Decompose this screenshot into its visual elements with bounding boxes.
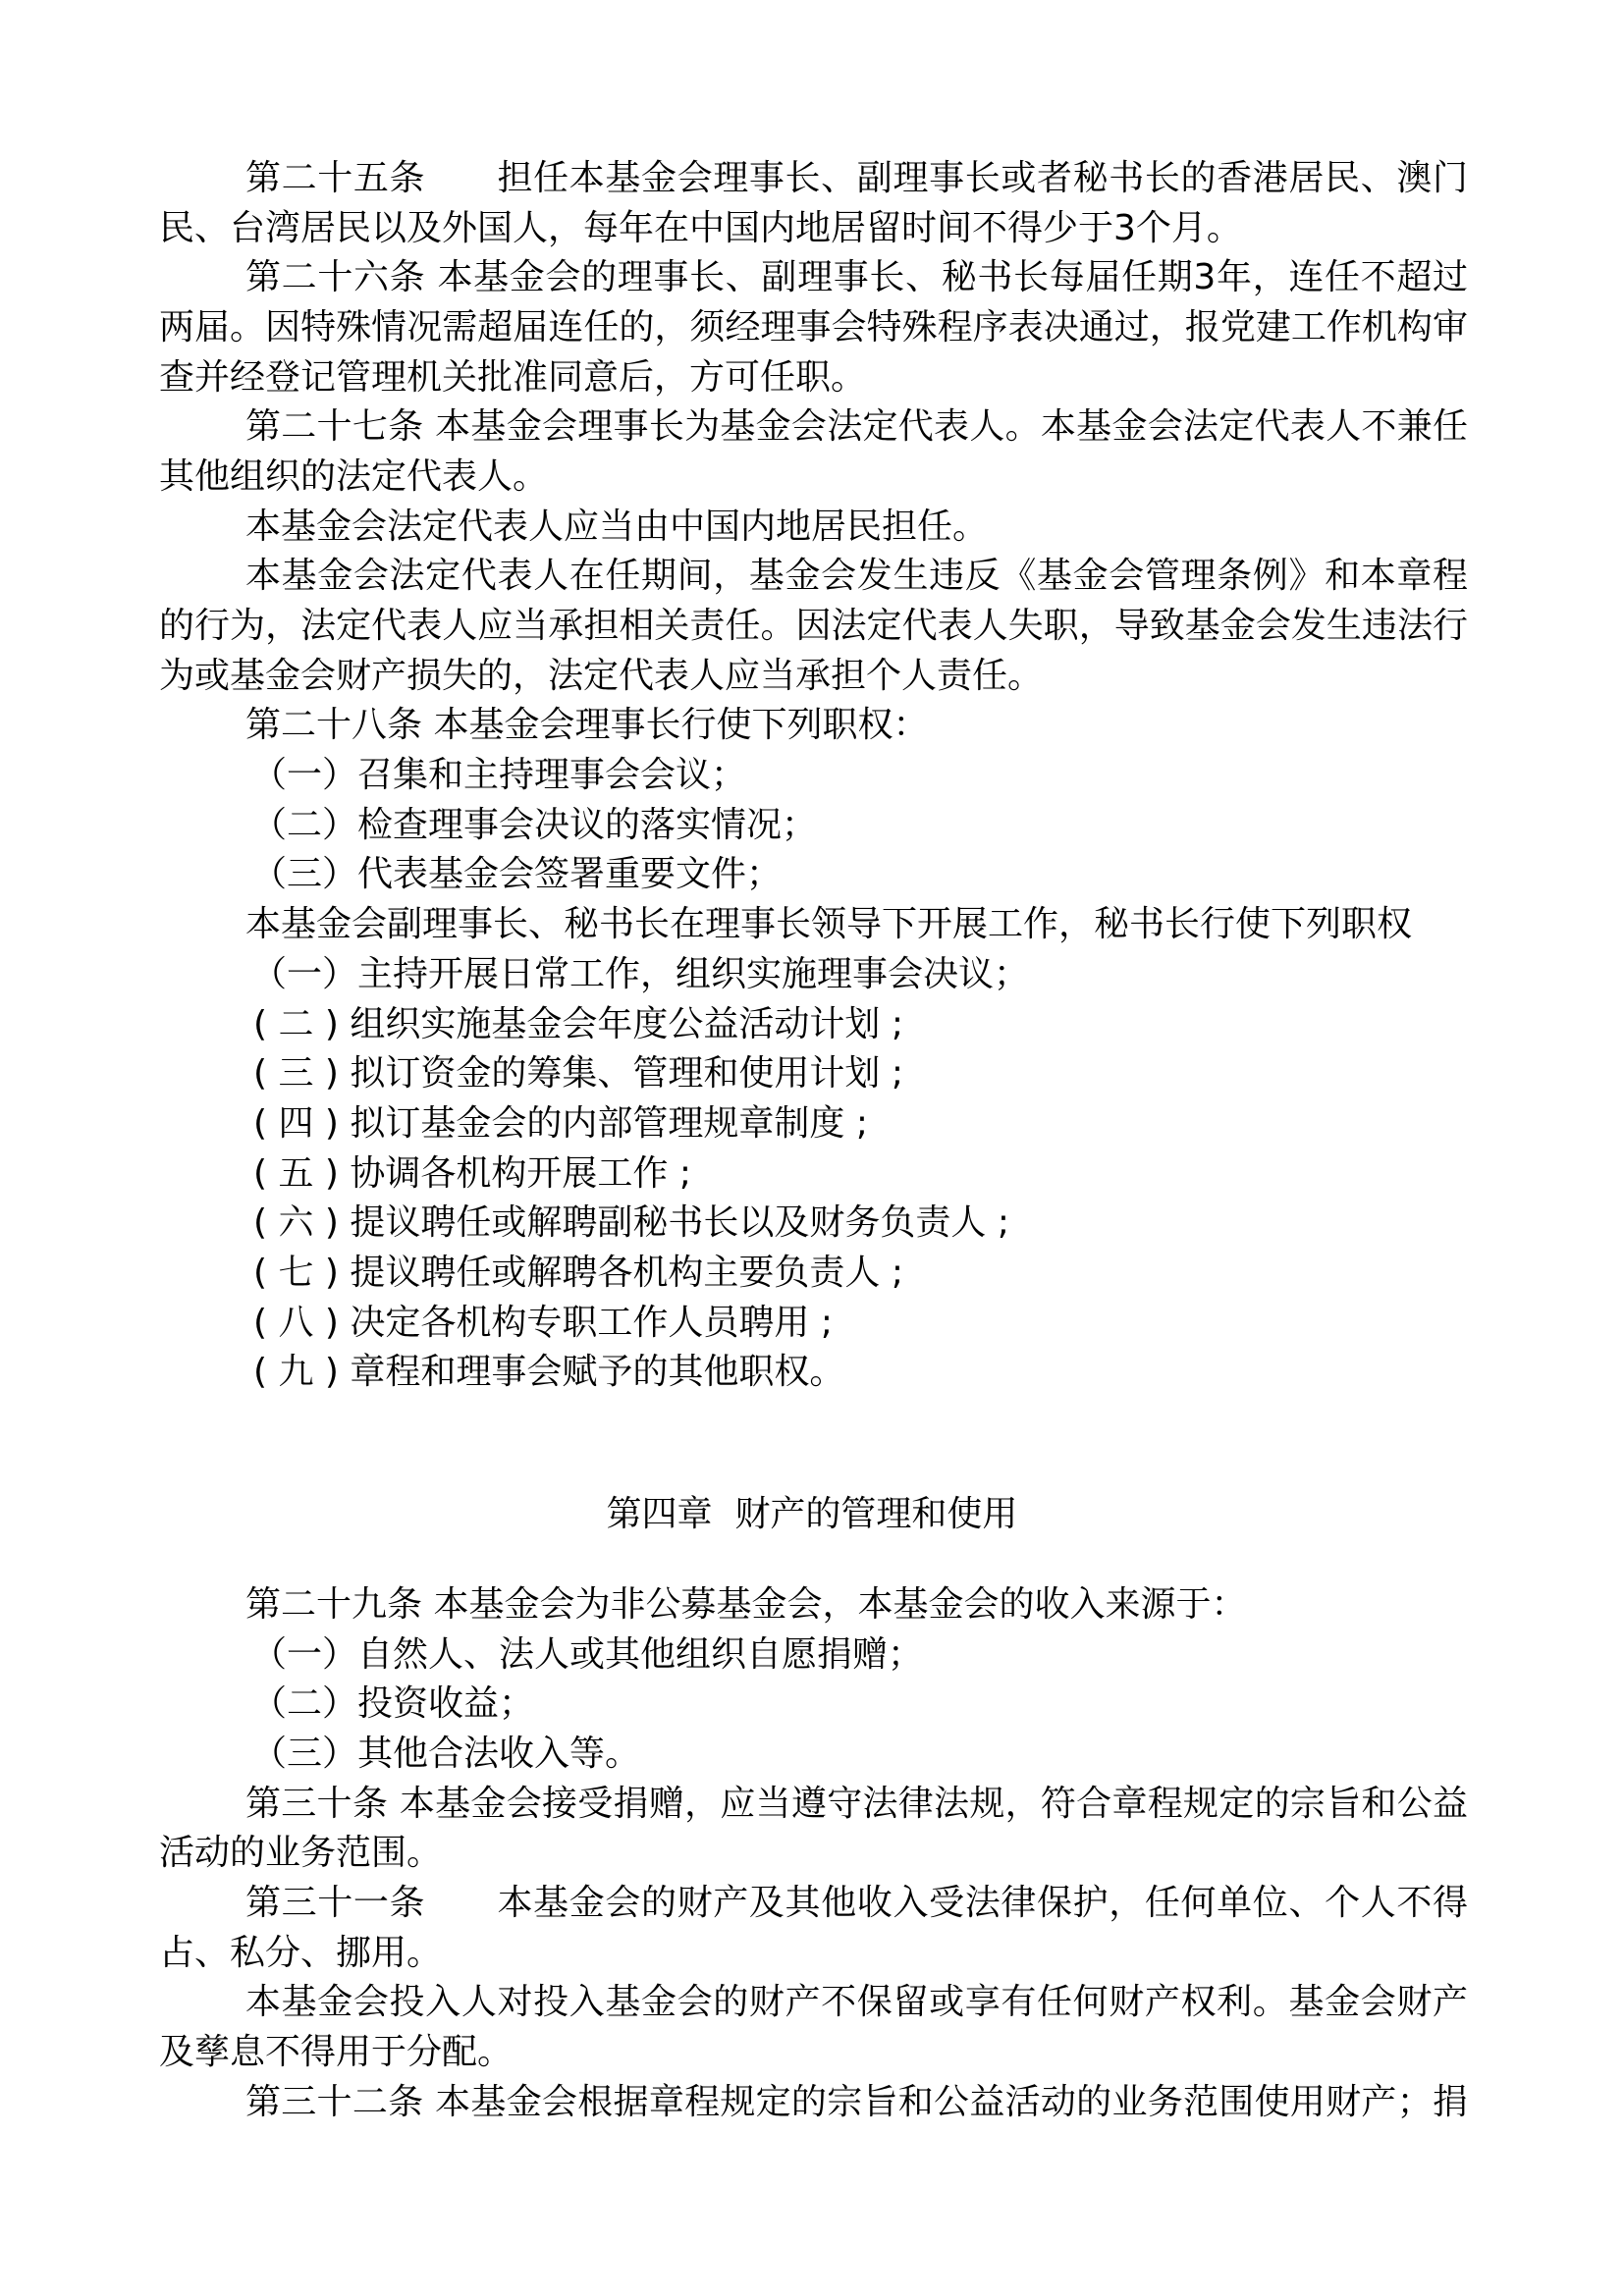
text-line: ( 五 ) 协调各机构开展工作 ; bbox=[253, 1149, 691, 1199]
chapter-heading: 第四章 财产的管理和使用 bbox=[0, 1490, 1624, 1539]
text-line: ( 二 ) 组织实施基金会年度公益活动计划 ; bbox=[253, 1000, 903, 1049]
article-paragraph-start: 第二十八条 本基金会理事长行使下列职权： bbox=[245, 701, 928, 750]
text-line: （二）检查理事会决议的落实情况； bbox=[251, 801, 817, 850]
text-line: ( 四 ) 拟订基金会的内部管理规章制度 ; bbox=[253, 1099, 868, 1148]
text-line: （三）其他合法收入等。 bbox=[251, 1730, 640, 1779]
text-line: ( 八 ) 决定各机构专职工作人员聘用 ; bbox=[253, 1299, 833, 1348]
text-line: 本基金会副理事长、秘书长在理事长领导下开展工作，秘书长行使下列职权 bbox=[245, 900, 1412, 949]
text-line: 其他组织的法定代表人。 bbox=[159, 453, 548, 502]
text-line: 两届。因特殊情况需超届连任的，须经理事会特殊程序表决通过，报党建工作机构审 bbox=[159, 303, 1468, 352]
document-page: 第二十五条 担任本基金会理事长、副理事长或者秘书长的香港居民、澳门居民、台湾居民… bbox=[0, 0, 1624, 2296]
text-line: ( 七 ) 提议聘任或解聘各机构主要负责人 ; bbox=[253, 1249, 903, 1298]
article-paragraph-start: 第二十七条 本基金会理事长为基金会法定代表人。本基金会法定代表人不兼任 bbox=[245, 402, 1468, 452]
text-line: （一）自然人、法人或其他组织自愿捐赠； bbox=[251, 1630, 923, 1680]
article-paragraph-start: 第三十条 本基金会接受捐赠，应当遵守法律法规，符合章程规定的宗旨和公益 bbox=[245, 1780, 1468, 1829]
article-paragraph-start: 第二十五条 担任本基金会理事长、副理事长或者秘书长的香港居民、澳门居 bbox=[245, 154, 1468, 203]
text-line: （二）投资收益； bbox=[251, 1680, 534, 1729]
article-paragraph-start: 第三十二条 本基金会根据章程规定的宗旨和公益活动的业务范围使用财产；捐 bbox=[245, 2078, 1468, 2127]
text-line: 本基金会法定代表人在任期间，基金会发生违反《基金会管理条例》和本章程 bbox=[245, 552, 1468, 601]
text-line: 活动的业务范围。 bbox=[159, 1829, 442, 1878]
text-line: 本基金会法定代表人应当由中国内地居民担任。 bbox=[245, 503, 988, 552]
text-line: ( 六 ) 提议聘任或解聘副秘书长以及财务负责人 ; bbox=[253, 1199, 1009, 1248]
text-line: 的行为，法定代表人应当承担相关责任。因法定代表人失职，导致基金会发生违法行 bbox=[159, 602, 1468, 651]
text-line: 民、台湾居民以及外国人，每年在中国内地居留时间不得少于3个月。 bbox=[159, 204, 1242, 253]
text-line: 本基金会投入人对投入基金会的财产不保留或享有任何财产权利。基金会财产 bbox=[245, 1978, 1468, 2027]
text-line: （一）主持开展日常工作，组织实施理事会决议； bbox=[251, 950, 1029, 999]
text-line: ( 九 ) 章程和理事会赋予的其他职权。 bbox=[253, 1348, 844, 1397]
text-line: （三）代表基金会签署重要文件； bbox=[251, 850, 782, 899]
text-line: 查并经登记管理机关批准同意后，方可任职。 bbox=[159, 353, 866, 402]
text-line: 占、私分、挪用。 bbox=[159, 1929, 442, 1978]
article-paragraph-start: 第二十六条 本基金会的理事长、副理事长、秘书长每届任期3年，连任不超过 bbox=[245, 253, 1468, 302]
text-line: 及孳息不得用于分配。 bbox=[159, 2028, 513, 2077]
text-line: （一）召集和主持理事会会议； bbox=[251, 751, 746, 800]
text-line: 为或基金会财产损失的，法定代表人应当承担个人责任。 bbox=[159, 652, 1043, 701]
article-paragraph-start: 第三十一条 本基金会的财产及其他收入受法律保护，任何单位、个人不得侵 bbox=[245, 1879, 1468, 1928]
article-paragraph-start: 第二十九条 本基金会为非公募基金会，本基金会的收入来源于： bbox=[245, 1580, 1246, 1629]
text-line: ( 三 ) 拟订资金的筹集、管理和使用计划 ; bbox=[253, 1049, 903, 1098]
